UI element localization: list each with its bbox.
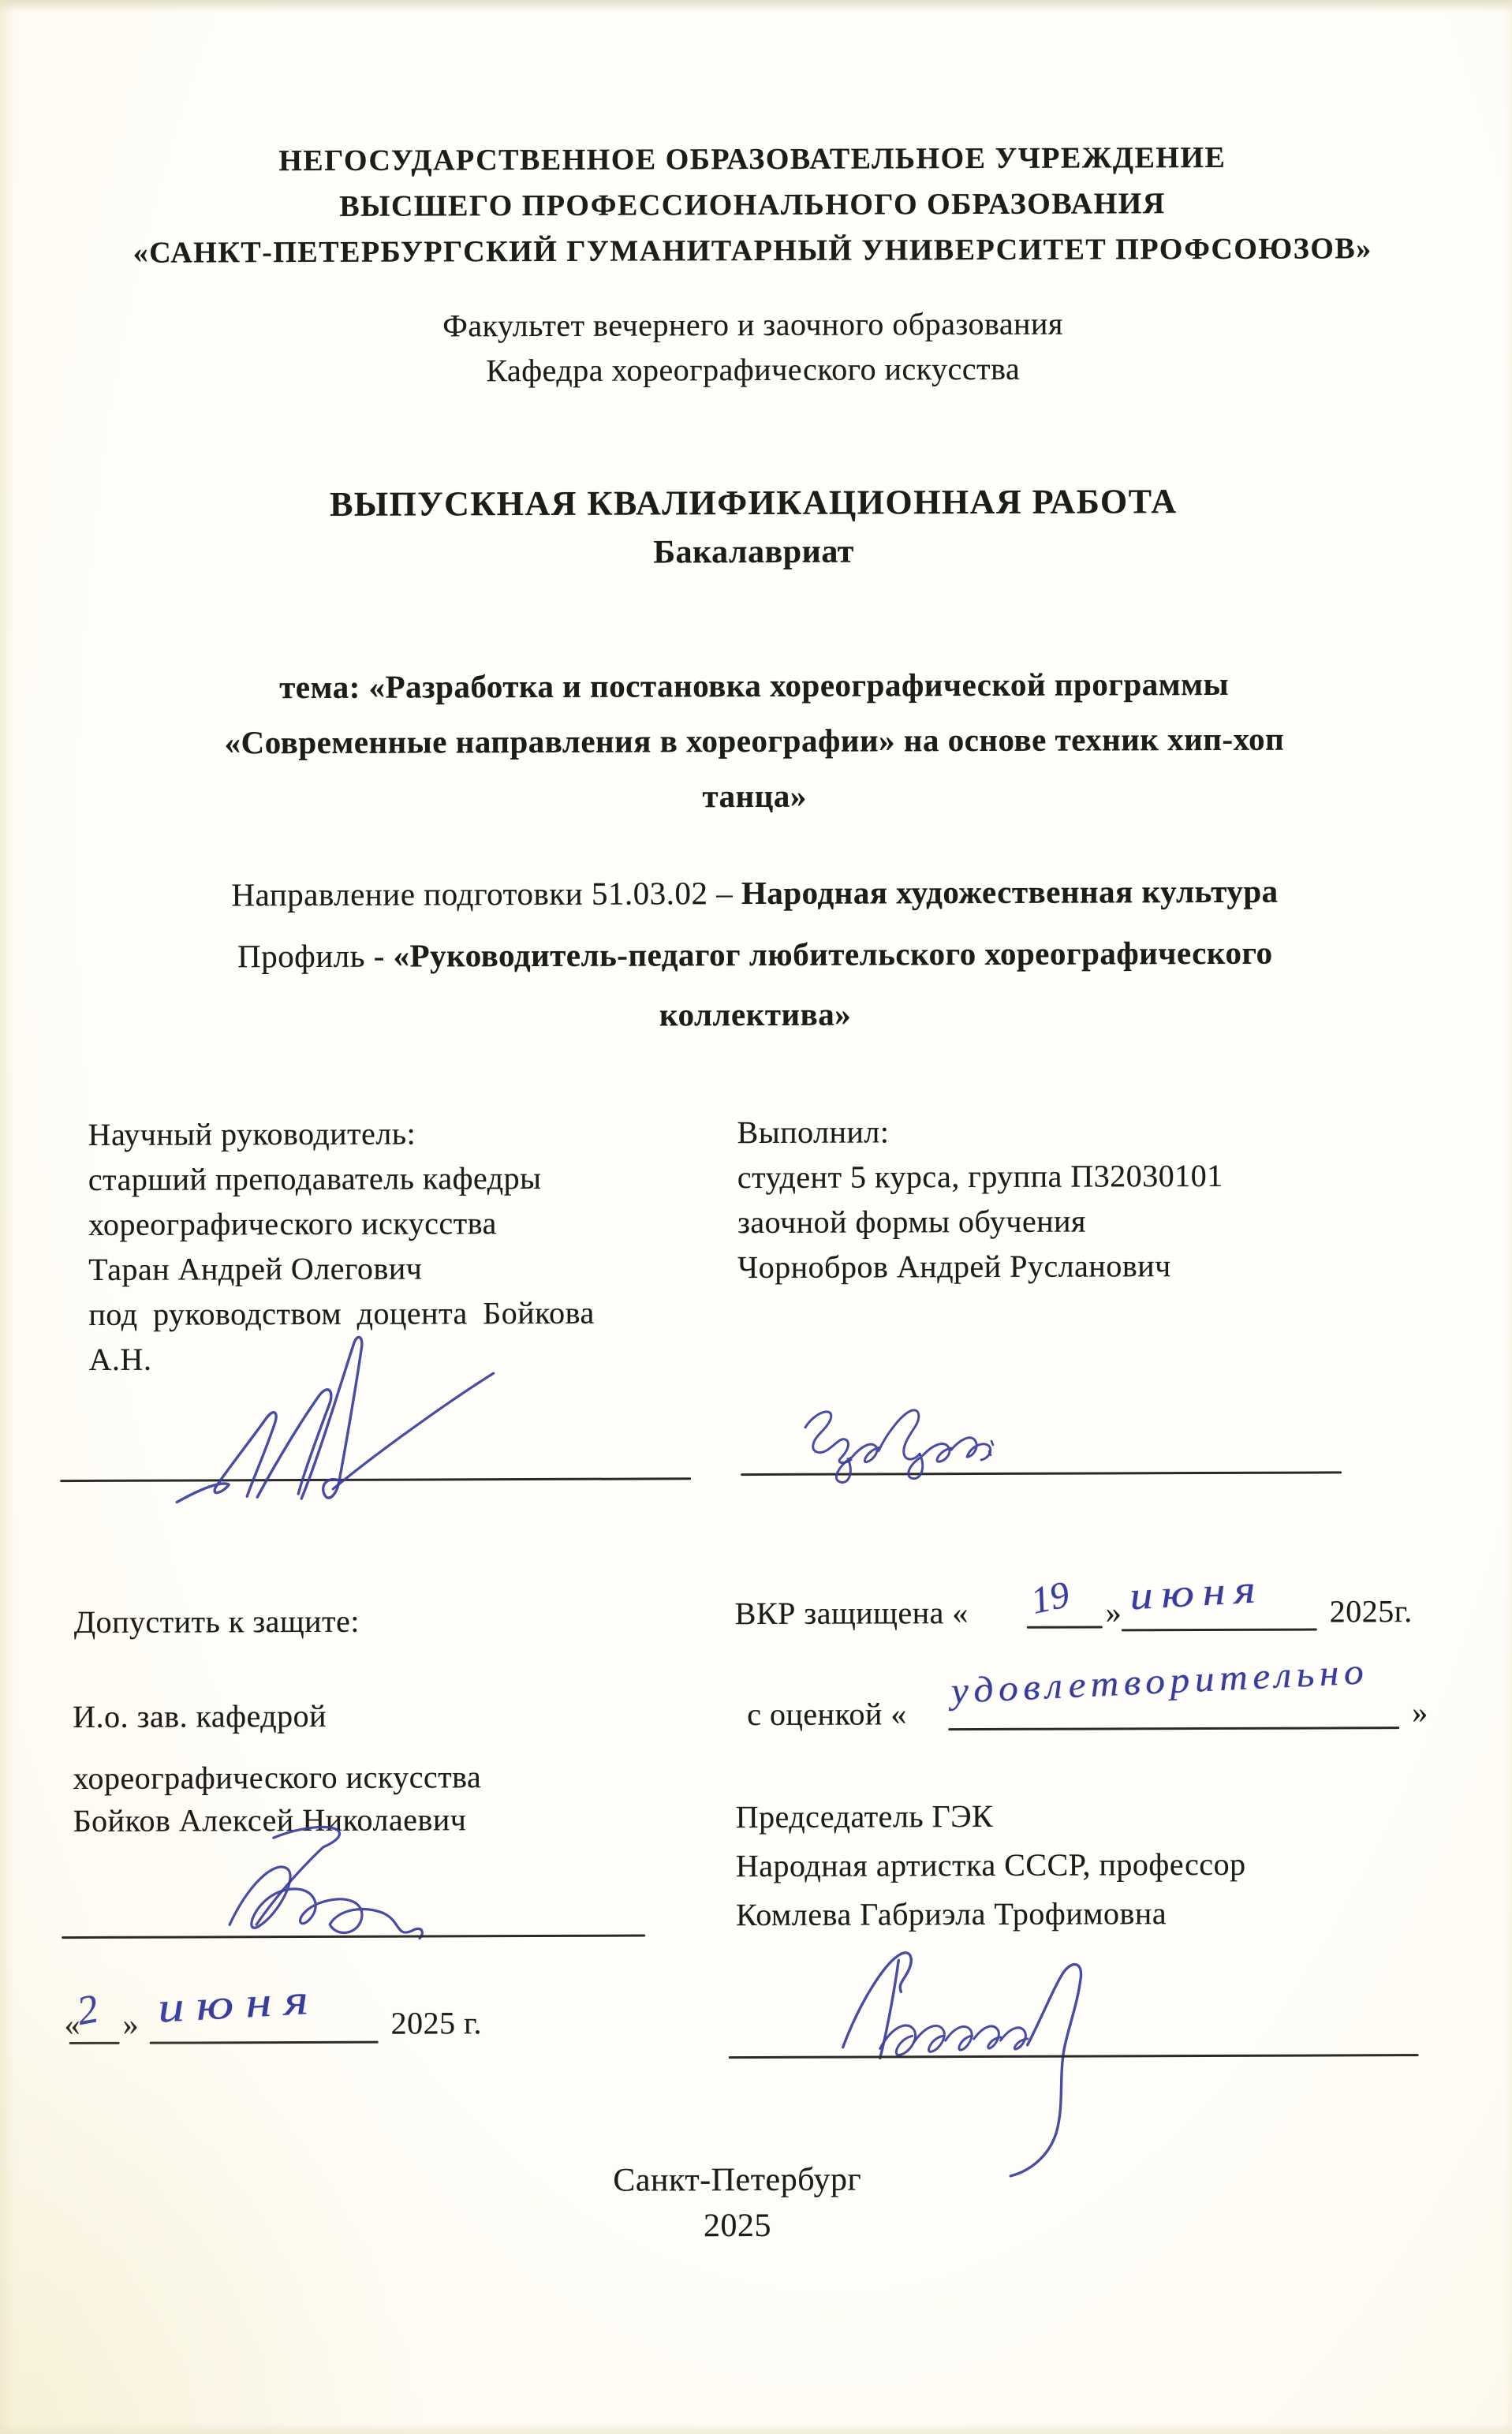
direction-line: Направление подготовки 51.03.02 – Народн…: [0, 872, 1511, 915]
org-name-line-3: «САНКТ-ПЕТЕРБУРГСКИЙ ГУМАНИТАРНЫЙ УНИВЕР…: [0, 231, 1509, 271]
degree-level: Бакалавриат: [0, 531, 1510, 574]
topic-line-3: танца»: [0, 775, 1510, 818]
chairman-title: Председатель ГЭК: [736, 1798, 994, 1835]
defense-day-handwritten: 19: [1027, 1573, 1073, 1623]
admission-date-month-handwritten: июня: [156, 1974, 321, 2032]
work-type-title: ВЫПУСКНАЯ КВАЛИФИКАЦИОННАЯ РАБОТА: [0, 480, 1510, 526]
grade-suffix: »: [1412, 1693, 1428, 1730]
student-signature: [791, 1402, 1051, 1493]
student-name: Чорнобров Андрей Русланович: [737, 1247, 1171, 1286]
direction-value: Народная художественная культура: [741, 873, 1279, 911]
grade-underline: [948, 1727, 1399, 1730]
chairman-name: Комлева Габриэла Трофимовна: [736, 1895, 1167, 1933]
defense-year: 2025г.: [1330, 1592, 1413, 1630]
student-heading: Выполнил:: [737, 1113, 890, 1151]
scanned-title-page: НЕГОСУДАРСТВЕННОЕ ОБРАЗОВАТЕЛЬНОЕ УЧРЕЖД…: [0, 0, 1512, 2434]
profile-line: Профиль - «Руководитель-педагог любитель…: [0, 933, 1511, 976]
grade-prefix: с оценкой «: [747, 1695, 907, 1733]
defense-month-handwritten: июня: [1129, 1566, 1265, 1618]
admission-day-underline: [69, 2042, 120, 2044]
dept-head-position-2: хореографического искусства: [73, 1758, 481, 1797]
org-name-line-1: НЕГОСУДАРСТВЕННОЕ ОБРАЗОВАТЕЛЬНОЕ УЧРЕЖД…: [0, 140, 1508, 180]
footer-year: 2025: [0, 2204, 1494, 2248]
faculty-line: Факультет вечернего и заочного образован…: [0, 304, 1509, 346]
direction-label: Направление подготовки 51.03.02 –: [231, 875, 733, 913]
profile-label: Профиль -: [237, 938, 385, 975]
admission-date-quote-close: »: [122, 2006, 139, 2043]
chairman-rank: Народная артистка СССР, профессор: [736, 1846, 1246, 1884]
admission-month-underline: [150, 2041, 379, 2044]
student-info-1: студент 5 курса, группа П32030101: [737, 1157, 1223, 1196]
supervisor-position-1: старший преподаватель кафедры: [88, 1159, 542, 1198]
topic-line-1: тема: «Разработка и постановка хореограф…: [0, 664, 1510, 707]
defense-prefix: ВКР защищена «: [735, 1594, 969, 1632]
supervisor-signature: [146, 1326, 510, 1517]
department-line: Кафедра хореографического искусства: [0, 349, 1509, 391]
defense-month-underline: [1122, 1629, 1317, 1632]
grade-value-handwritten: удовлетворительно: [950, 1650, 1370, 1712]
defense-day-underline: [1027, 1626, 1103, 1628]
chairman-signature: [819, 1937, 1159, 2182]
footer-city: Санкт-Петербург: [0, 2159, 1493, 2202]
admission-date-year: 2025 г.: [390, 2004, 482, 2041]
org-name-line-2: ВЫСШЕГО ПРОФЕССИОНАЛЬНОГО ОБРАЗОВАНИЯ: [0, 185, 1509, 226]
topic-line-2: «Современные направления в хореографии» …: [0, 719, 1510, 763]
supervisor-name: Таран Андрей Олегович: [88, 1249, 422, 1287]
supervisor-heading: Научный руководитель:: [88, 1115, 416, 1153]
profile-value-cont: коллектива»: [0, 993, 1511, 1036]
dept-head-position-1: И.о. зав. кафедрой: [73, 1697, 327, 1735]
supervisor-extra-2: А.Н.: [89, 1341, 152, 1378]
profile-value: «Руководитель-педагог любительского хоре…: [393, 935, 1272, 974]
student-info-2: заочной формы обучения: [737, 1203, 1086, 1241]
defense-quote-close: »: [1106, 1593, 1122, 1630]
supervisor-position-2: хореографического искусства: [88, 1204, 497, 1243]
admission-heading: Допустить к защите:: [74, 1603, 360, 1641]
